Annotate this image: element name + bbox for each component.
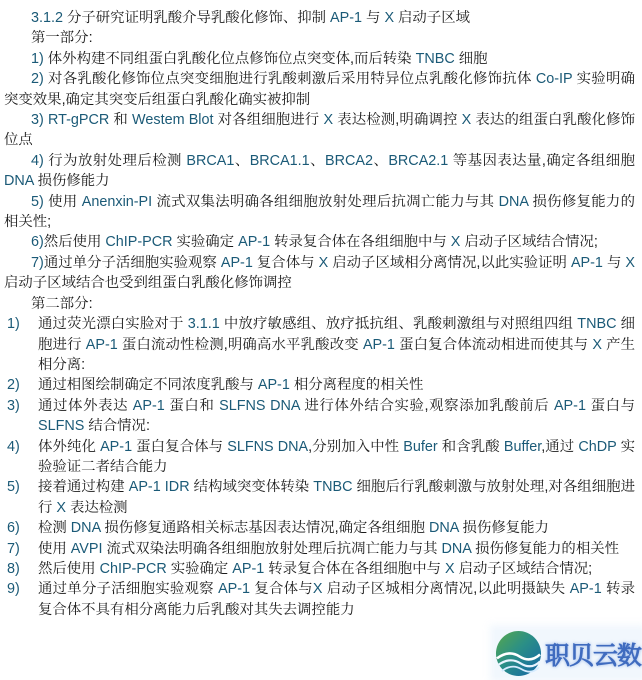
list-item: 4) 体外纯化 AP-1 蛋白复合体与 SLFNS DNA,分别加入中性 Buf…	[4, 437, 635, 478]
watermark-text: 职贝云数	[545, 636, 641, 672]
part1-item-6: 6)然后使用 ChIP-PCR 实验确定 AP-1 转录复合体在各组细胞中与 X…	[4, 232, 635, 252]
watermark-logo: 职贝云数	[495, 630, 641, 677]
list-item-number: 3)	[4, 396, 38, 437]
list-item-number: 9)	[4, 579, 38, 620]
list-item-number: 1)	[4, 314, 38, 375]
list-item: 3) 通过体外表达 AP-1 蛋白和 SLFNS DNA 进行体外结合实验,观察…	[4, 396, 635, 437]
document-page: 3.1.2 分子研究证明乳酸介导乳酸化修饰、抑制 AP-1 与 X 启动子区域 …	[0, 0, 642, 680]
section-title: 3.1.2 分子研究证明乳酸介导乳酸化修饰、抑制 AP-1 与 X 启动子区域	[4, 8, 635, 28]
list-item-number: 5)	[4, 477, 38, 518]
list-item: 6) 检测 DNA 损伤修复通路相关标志基因表达情况,确定各组细胞 DNA 损伤…	[4, 518, 635, 538]
part1-item-5: 5) 使用 Anenxin-PI 流式双集法明确各组细胞放射处理后抗凋亡能力与其…	[4, 192, 635, 233]
list-item-text: 体外纯化 AP-1 蛋白复合体与 SLFNS DNA,分别加入中性 Bufer …	[38, 437, 635, 478]
part1-item-7: 7)通过单分子活细胞实验观察 AP-1 复合体与 X 启动子区域相分离情况,以此…	[4, 253, 635, 294]
list-item: 8) 然后使用 ChIP-PCR 实验确定 AP-1 转录复合体在各组细胞中与 …	[4, 559, 635, 579]
list-item: 5) 接着通过构建 AP-1 IDR 结构域突变体转染 TNBC 细胞后行乳酸刺…	[4, 477, 635, 518]
list-item: 2) 通过相图绘制确定不同浓度乳酸与 AP-1 相分离程度的相关性	[4, 375, 635, 395]
list-item-text: 通过荧光漂白实脸对于 3.1.1 中放疗敏感组、放疗抵抗组、乳酸刺激组与对照组四…	[38, 314, 635, 375]
list-item-number: 8)	[4, 559, 38, 579]
list-item: 1) 通过荧光漂白实脸对于 3.1.1 中放疗敏感组、放疗抵抗组、乳酸刺激组与对…	[4, 314, 635, 375]
list-item-number: 2)	[4, 375, 38, 395]
list-item-text: 然后使用 ChIP-PCR 实验确定 AP-1 转录复合体在各组细胞中与 X 启…	[38, 559, 635, 579]
part1-item-2: 2) 对各乳酸化修饰位点突变细胞进行乳酸刺激后采用特异位点乳酸化修饰抗体 Co-…	[4, 69, 635, 110]
list-item-number: 4)	[4, 437, 38, 478]
part1-item-4: 4) 行为放射处理后检测 BRCA1、BRCA1.1、BRCA2、BRCA2.1…	[4, 151, 635, 192]
part1-item-1: 1) 体外构建不同组蛋白乳酸化位点修饰位点突变体,而后转染 TNBC 细胞	[4, 49, 635, 69]
list-item-text: 通过相图绘制确定不同浓度乳酸与 AP-1 相分离程度的相关性	[38, 375, 635, 395]
list-item: 9) 通过单分子活细胞实验观察 AP-1 复合体与X 启动子区城相分离情况,以此…	[4, 579, 635, 620]
list-item-number: 7)	[4, 539, 38, 559]
list-item: 7) 使用 AVPI 流式双染法明确各组细胞放射处理后抗凋亡能力与其 DNA 损…	[4, 539, 635, 559]
list-item-number: 6)	[4, 518, 38, 538]
list-item-text: 检测 DNA 损伤修复通路相关标志基因表达情况,确定各组细胞 DNA 损伤修复能…	[38, 518, 635, 538]
list-item-text: 通过单分子活细胞实验观察 AP-1 复合体与X 启动子区城相分离情况,以此明摄缺…	[38, 579, 635, 620]
part2-list: 1) 通过荧光漂白实脸对于 3.1.1 中放疗敏感组、放疗抵抗组、乳酸刺激组与对…	[4, 314, 635, 620]
list-item-text: 接着通过构建 AP-1 IDR 结构域突变体转染 TNBC 细胞后行乳酸刺激与放…	[38, 477, 635, 518]
part1-item-3: 3) RT-gPCR 和 Westem Blot 对各组细胞进行 X 表达检测,…	[4, 110, 635, 151]
list-item-text: 通过体外表达 AP-1 蛋白和 SLFNS DNA 进行体外结合实验,观察添加乳…	[38, 396, 635, 437]
globe-wave-icon	[495, 630, 542, 677]
list-item-text: 使用 AVPI 流式双染法明确各组细胞放射处理后抗凋亡能力与其 DNA 损伤修复…	[38, 539, 635, 559]
part1-heading: 第一部分:	[4, 28, 635, 48]
part2-heading: 第二部分:	[4, 294, 635, 314]
